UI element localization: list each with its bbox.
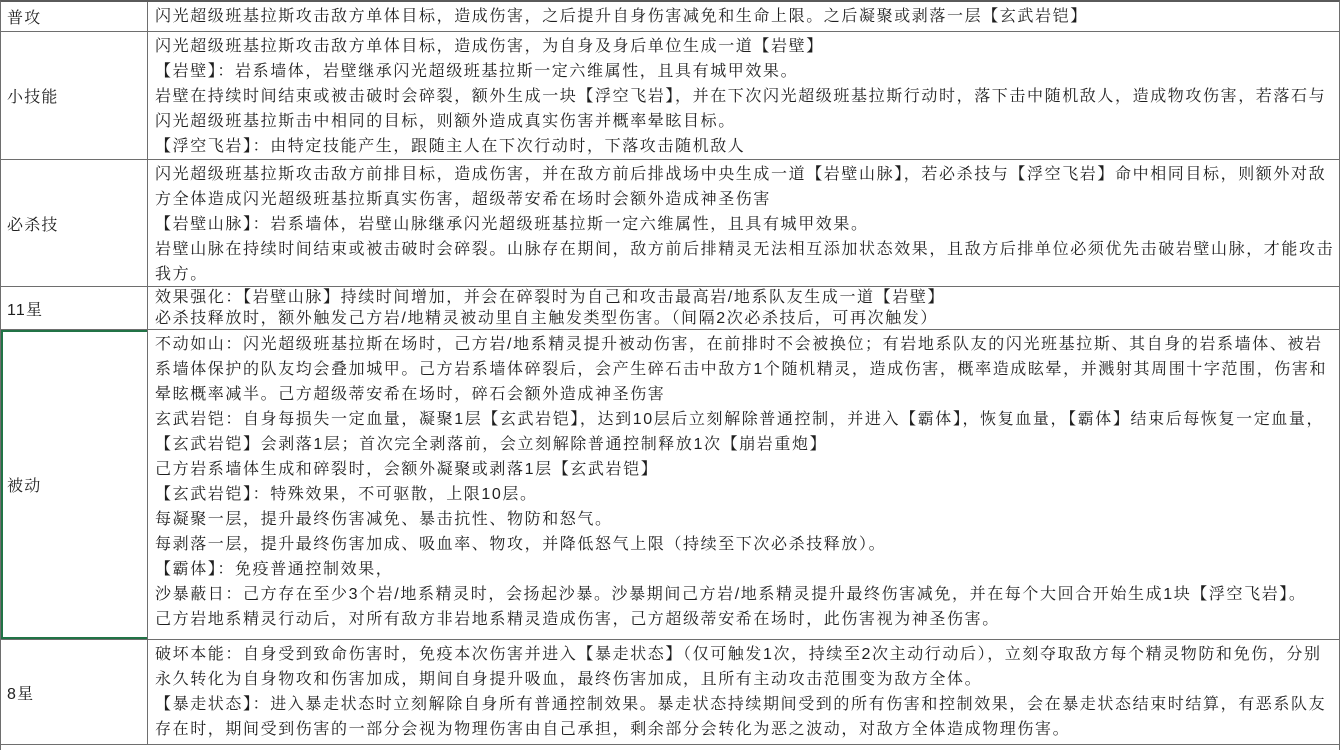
description-paragraph: 沙暴蔽日：己方存在至少3个岩/地系精灵时，会扬起沙暴。沙暴期间己方岩/地系精灵提… <box>155 582 1335 607</box>
description-paragraph: 【浮空飞岩】：由特定技能产生，跟随主人在下次行动时，下落攻击随机敌人 <box>155 134 1335 159</box>
description-paragraph: 效果强化：【岩壁山脉】持续时间增加，并会在碎裂时为自己和攻击最高岩/地系队友生成… <box>155 288 1335 309</box>
description-paragraph: 岩壁在持续时间结束或被击破时会碎裂，额外生成一块【浮空飞岩】，并在下次闪光超级班… <box>155 84 1335 134</box>
description-paragraph: 岩壁山脉在持续时间结束或被击破时会碎裂。山脉存在期间，敌方前后排精灵无法相互添加… <box>155 237 1335 286</box>
description-paragraph: 【玄武岩铠】：特殊效果，不可驱散，上限10层。 <box>155 482 1335 507</box>
skill-name-cell[interactable]: 普攻 <box>1 2 148 31</box>
table-row-ultimate: 必杀技 闪光超级班基拉斯攻击敌方前排目标，造成伤害，并在敌方前后排战场中央生成一… <box>1 160 1339 287</box>
table-row-minor-skill: 小技能 闪光超级班基拉斯攻击敌方单体目标，造成伤害，为自身及身后单位生成一道【岩… <box>1 32 1339 160</box>
skill-description-cell[interactable]: 闪光超级班基拉斯攻击敌方单体目标，造成伤害，为自身及身后单位生成一道【岩壁】 【… <box>148 32 1339 159</box>
skill-description-cell[interactable]: 闪光超级班基拉斯攻击敌方前排目标，造成伤害，并在敌方前后排战场中央生成一道【岩壁… <box>148 160 1339 286</box>
description-paragraph: 己方岩地系精灵行动后，对所有敌方非岩地系精灵造成伤害，己方超级蒂安希在场时，此伤… <box>155 607 1335 632</box>
description-paragraph: 必杀技释放时，额外触发己方岩/地精灵被动里自主触发类型伤害。（间隔2次必杀技后，… <box>155 309 1335 330</box>
skill-description-cell[interactable]: 效果强化：【岩壁山脉】持续时间增加，并会在碎裂时为自己和攻击最高岩/地系队友生成… <box>148 287 1339 329</box>
skill-name-cell[interactable]: 11星 <box>1 287 148 329</box>
description-paragraph: 玄武岩铠：自身每损失一定血量，凝聚1层【玄武岩铠】，达到10层后立刻解除普通控制… <box>155 407 1335 457</box>
description-paragraph: 己方岩系墙体生成和碎裂时，会额外凝聚或剥落1层【玄武岩铠】 <box>155 457 1335 482</box>
skill-name-cell[interactable]: 小技能 <box>1 32 148 159</box>
skill-description-cell[interactable]: 闪光超级班基拉斯攻击敌方单体目标，造成伤害，之后提升自身伤害减免和生命上限。之后… <box>148 2 1339 31</box>
table-row-basic-attack: 普攻 闪光超级班基拉斯攻击敌方单体目标，造成伤害，之后提升自身伤害减免和生命上限… <box>1 2 1339 32</box>
skill-description-cell[interactable]: 破坏本能：自身受到致命伤害时，免疫本次伤害并进入【暴走状态】（仅可触发1次，持续… <box>148 640 1339 744</box>
description-paragraph: 闪光超级班基拉斯攻击敌方前排目标，造成伤害，并在敌方前后排战场中央生成一道【岩壁… <box>155 162 1335 212</box>
skill-name-cell-selected[interactable]: 被动 <box>1 330 148 639</box>
description-paragraph: 闪光超级班基拉斯攻击敌方单体目标，造成伤害，为自身及身后单位生成一道【岩壁】 <box>155 34 1335 59</box>
table-row-11-star: 11星 效果强化：【岩壁山脉】持续时间增加，并会在碎裂时为自己和攻击最高岩/地系… <box>1 287 1339 330</box>
skill-table: 普攻 闪光超级班基拉斯攻击敌方单体目标，造成伤害，之后提升自身伤害减免和生命上限… <box>0 0 1340 750</box>
description-paragraph: 【岩壁】：岩系墙体，岩壁继承闪光超级班基拉斯一定六维属性，且具有城甲效果。 <box>155 59 1335 84</box>
table-row-passive: 被动 不动如山：闪光超级班基拉斯在场时，己方岩/地系精灵提升被动伤害，在前排时不… <box>1 330 1339 640</box>
table-row-8-star: 8星 破坏本能：自身受到致命伤害时，免疫本次伤害并进入【暴走状态】（仅可触发1次… <box>1 640 1339 745</box>
description-paragraph: 【霸体】：免疫普通控制效果， <box>155 557 1335 582</box>
description-paragraph: 每剥落一层，提升最终伤害加成、吸血率、物攻，并降低怒气上限（持续至下次必杀技释放… <box>155 532 1335 557</box>
skill-name-cell[interactable]: 必杀技 <box>1 160 148 286</box>
skill-name-cell[interactable]: 8星 <box>1 640 148 744</box>
description-paragraph: 闪光超级班基拉斯攻击敌方单体目标，造成伤害，之后提升自身伤害减免和生命上限。之后… <box>155 4 1335 29</box>
description-paragraph: 破坏本能：自身受到致命伤害时，免疫本次伤害并进入【暴走状态】（仅可触发1次，持续… <box>155 642 1335 692</box>
description-paragraph: 【暴走状态】：进入暴走状态时立刻解除自身所有普通控制效果。暴走状态持续期间受到的… <box>155 692 1335 742</box>
skill-description-cell[interactable]: 不动如山：闪光超级班基拉斯在场时，己方岩/地系精灵提升被动伤害，在前排时不会被换… <box>148 330 1339 639</box>
description-paragraph: 不动如山：闪光超级班基拉斯在场时，己方岩/地系精灵提升被动伤害，在前排时不会被换… <box>155 332 1335 407</box>
description-paragraph: 每凝聚一层，提升最终伤害减免、暴击抗性、物防和怒气。 <box>155 507 1335 532</box>
description-paragraph: 【岩壁山脉】：岩系墙体，岩壁山脉继承闪光超级班基拉斯一定六维属性，且具有城甲效果… <box>155 212 1335 237</box>
